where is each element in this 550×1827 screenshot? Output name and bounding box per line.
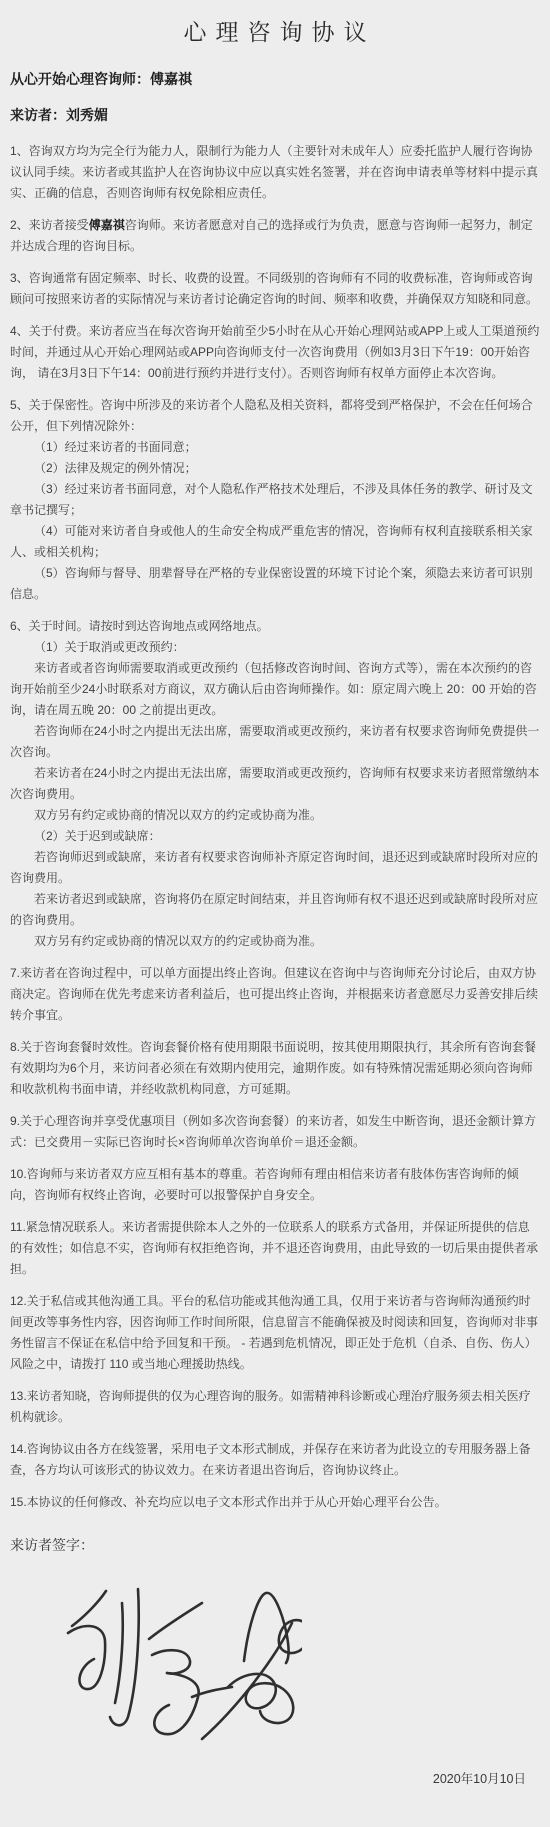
paragraph-line: 4、关于付费。来访者应当在每次咨询开始前至少5小时在从心开始心理网站或APP上或… <box>10 321 540 384</box>
counselor-line: 从心开始心理咨询师：傅嘉祺 <box>10 69 540 89</box>
paragraph-15: 15.本协议的任何修改、补充均应以电子文本形式作出并于从心开始心理平台公告。 <box>10 1492 540 1513</box>
paragraph-2: 2、来访者接受傅嘉祺咨询师。来访者愿意对自己的选择或行为负责，愿意与咨询师一起努… <box>10 215 540 257</box>
agreement-paragraphs: 1、咨询双方均为完全行为能力人，限制行为能力人（主要针对未成年人）应委托监护人履… <box>10 141 540 1513</box>
paragraph-line: 来访者或者咨询师需要取消或更改预约（包括修改咨询时间、咨询方式等），需在本次预约… <box>10 658 540 721</box>
paragraph-line: 8.关于咨询套餐时效性。咨询套餐价格有使用期限书面说明，按其使用期限执行，其余所… <box>10 1037 540 1100</box>
visitor-label: 来访者： <box>10 107 66 123</box>
paragraph-line: 13.来访者知晓，咨询师提供的仅为心理咨询的服务。如需精神科诊断或心理治疗服务须… <box>10 1386 540 1428</box>
paragraph-line: 3、咨询通常有固定频率、时长、收费的设置。不同级别的咨询师有不同的收费标准，咨询… <box>10 268 540 310</box>
agreement-document: 心理咨询协议 从心开始心理咨询师：傅嘉祺 来访者：刘秀媚 1、咨询双方均为完全行… <box>0 0 550 1827</box>
paragraph-line: 双方另有约定或协商的情况以双方的约定或协商为准。 <box>10 931 540 952</box>
paragraph-line: 7.来访者在咨询过程中，可以单方面提出终止咨询。但建议在咨询中与咨询师充分讨论后… <box>10 963 540 1026</box>
paragraph-line: 12.关于私信或其他沟通工具。平台的私信功能或其他沟通工具，仅用于来访者与咨询师… <box>10 1291 540 1375</box>
paragraph-line: （2）关于迟到或缺席： <box>10 826 540 847</box>
paragraph-line: 2、来访者接受傅嘉祺咨询师。来访者愿意对自己的选择或行为负责，愿意与咨询师一起努… <box>10 215 540 257</box>
paragraph-line: 1、咨询双方均为完全行为能力人，限制行为能力人（主要针对未成年人）应委托监护人履… <box>10 141 540 204</box>
paragraph-line: （1）关于取消或更改预约： <box>10 637 540 658</box>
paragraph-line: （1）经过来访者的书面同意； <box>10 437 540 458</box>
paragraph-line: （5）咨询师与督导、朋辈督导在严格的专业保密设置的环境下讨论个案，须隐去来访者可… <box>10 563 540 605</box>
paragraph-line: 9.关于心理咨询并享受优惠项目（例如多次咨询套餐）的来访者，如发生中断咨询，退还… <box>10 1111 540 1153</box>
paragraph-8: 8.关于咨询套餐时效性。咨询套餐价格有使用期限书面说明，按其使用期限执行，其余所… <box>10 1037 540 1100</box>
paragraph-line: 若来访者在24小时之内提出无法出席，需要取消或更改预约，咨询师有权要求来访者照常… <box>10 763 540 805</box>
signature-label: 来访者签字： <box>10 1535 540 1555</box>
paragraph-5: 5、关于保密性。咨询中所涉及的来访者个人隐私及相关资料，都将受到严格保护，不会在… <box>10 395 540 605</box>
visitor-name: 刘秀媚 <box>66 107 108 123</box>
paragraph-line: 15.本协议的任何修改、补充均应以电子文本形式作出并于从心开始心理平台公告。 <box>10 1492 540 1513</box>
paragraph-line: （3）经过来访者书面同意，对个人隐私作严格技术处理后，不涉及具体任务的教学、研讨… <box>10 479 540 521</box>
page-title: 心理咨询协议 <box>10 14 540 47</box>
visitor-signature-handwriting-icon <box>52 1569 302 1741</box>
paragraph-13: 13.来访者知晓，咨询师提供的仅为心理咨询的服务。如需精神科诊断或心理治疗服务须… <box>10 1386 540 1428</box>
paragraph-line: 5、关于保密性。咨询中所涉及的来访者个人隐私及相关资料，都将受到严格保护，不会在… <box>10 395 540 437</box>
visitor-line: 来访者：刘秀媚 <box>10 105 540 125</box>
paragraph-line: 14.咨询协议由各方在线签署，采用电子文本形式制成，并保存在来访者为此设立的专用… <box>10 1439 540 1481</box>
paragraph-1: 1、咨询双方均为完全行为能力人，限制行为能力人（主要针对未成年人）应委托监护人履… <box>10 141 540 204</box>
paragraph-line: 11.紧急情况联系人。来访者需提供除本人之外的一位联系人的联系方式备用，并保证所… <box>10 1217 540 1280</box>
paragraph-3: 3、咨询通常有固定频率、时长、收费的设置。不同级别的咨询师有不同的收费标准，咨询… <box>10 268 540 310</box>
paragraph-line: 若来访者迟到或缺席，咨询将仍在原定时间结束，并且咨询师有权不退还迟到或缺席时段所… <box>10 889 540 931</box>
paragraph-line: 10.咨询师与来访者双方应互相有基本的尊重。若咨询师有理由相信来访者有肢体伤害咨… <box>10 1164 540 1206</box>
paragraph-7: 7.来访者在咨询过程中，可以单方面提出终止咨询。但建议在咨询中与咨询师充分讨论后… <box>10 963 540 1026</box>
counselor-name: 傅嘉祺 <box>150 71 192 87</box>
paragraph-line: 双方另有约定或协商的情况以双方的约定或协商为准。 <box>10 805 540 826</box>
paragraph-line: （4）可能对来访者自身或他人的生命安全构成严重危害的情况，咨询师有权利直接联系相… <box>10 521 540 563</box>
paragraph-line: 若咨询师在24小时之内提出无法出席，需要取消或更改预约，来访者有权要求咨询师免费… <box>10 721 540 763</box>
counselor-label: 从心开始心理咨询师： <box>10 71 150 87</box>
paragraph-12: 12.关于私信或其他沟通工具。平台的私信功能或其他沟通工具，仅用于来访者与咨询师… <box>10 1291 540 1375</box>
paragraph-6: 6、关于时间。请按时到达咨询地点或网络地点。（1）关于取消或更改预约：来访者或者… <box>10 616 540 952</box>
signature-date: 2020年10月10日 <box>10 1769 540 1787</box>
paragraph-line: 6、关于时间。请按时到达咨询地点或网络地点。 <box>10 616 540 637</box>
paragraph-10: 10.咨询师与来访者双方应互相有基本的尊重。若咨询师有理由相信来访者有肢体伤害咨… <box>10 1164 540 1206</box>
paragraph-line: （2）法律及规定的例外情况； <box>10 458 540 479</box>
paragraph-4: 4、关于付费。来访者应当在每次咨询开始前至少5小时在从心开始心理网站或APP上或… <box>10 321 540 384</box>
paragraph-11: 11.紧急情况联系人。来访者需提供除本人之外的一位联系人的联系方式备用，并保证所… <box>10 1217 540 1280</box>
paragraph-9: 9.关于心理咨询并享受优惠项目（例如多次咨询套餐）的来访者，如发生中断咨询，退还… <box>10 1111 540 1153</box>
paragraph-14: 14.咨询协议由各方在线签署，采用电子文本形式制成，并保存在来访者为此设立的专用… <box>10 1439 540 1481</box>
paragraph-line: 若咨询师迟到或缺席，来访者有权要求咨询师补齐原定咨询时间，退还迟到或缺席时段所对… <box>10 847 540 889</box>
visitor-signature <box>52 1569 302 1741</box>
